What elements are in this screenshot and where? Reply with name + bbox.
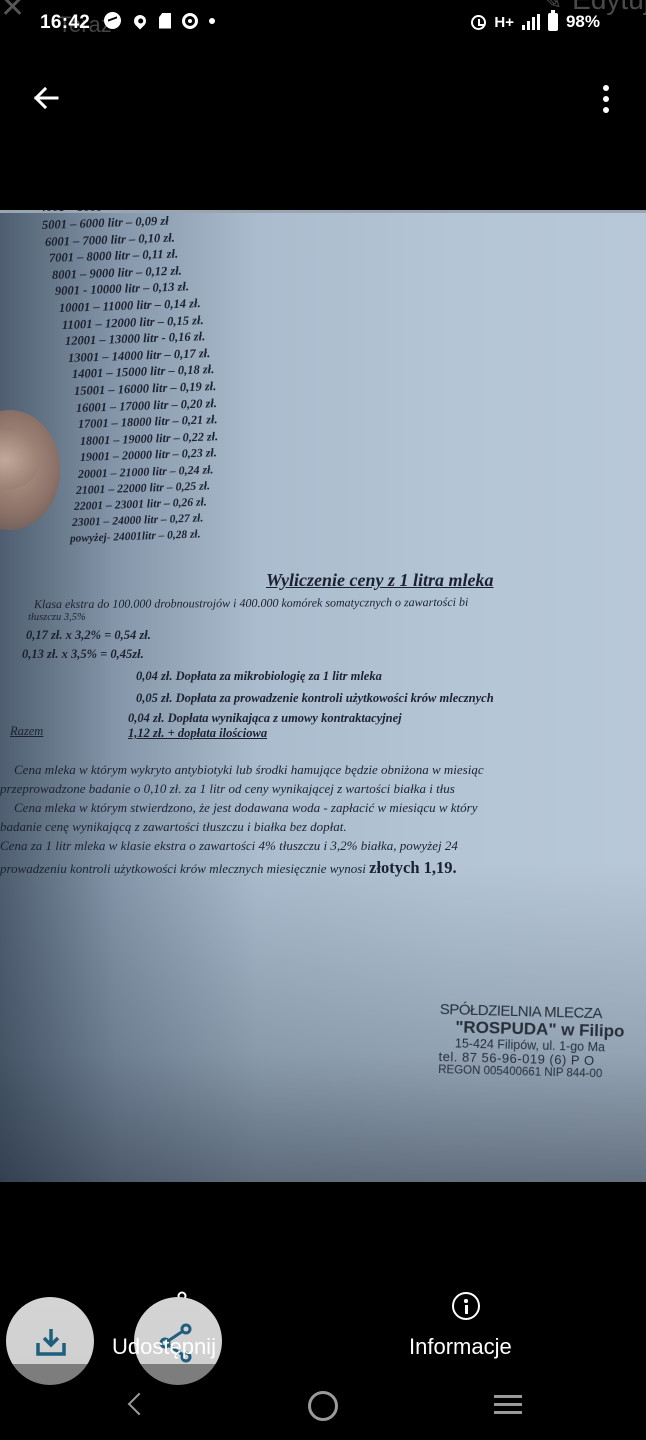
para-line-5: Cena za 1 litr mleka w klasie ekstra o z… [0, 838, 458, 854]
tier-row: 5001 – 6000 litr – 0,09 zł [42, 214, 169, 233]
battery-percent: 98% [566, 12, 600, 32]
share-label[interactable]: Udostępnij [112, 1334, 216, 1360]
calc-line-1: 0,17 zł. x 3,2% = 0,54 zł. [26, 628, 151, 643]
arrow-left-icon [30, 82, 62, 114]
para-line-4: badanie cenę wynikającą z zawartości tłu… [0, 819, 347, 835]
notification-icons [104, 12, 215, 29]
messenger-icon [104, 12, 121, 29]
alarm-icon [471, 15, 486, 30]
more-vertical-icon [603, 85, 609, 91]
status-right: H+ 98% [471, 12, 600, 32]
razem-label: Razem [10, 724, 43, 739]
location-icon [132, 12, 149, 29]
para-line-1: Cena mleka w którym wykryto antybiotyki … [14, 762, 484, 778]
status-bar: ✕ Teraz ✎Edytuj 16:42 H+ 98% [0, 0, 646, 46]
tier-row: 22001 – 23001 litr – 0,26 zł. [74, 496, 207, 514]
info-label: Informacje [409, 1334, 512, 1360]
signal-icon [522, 14, 540, 30]
final-price: złotych 1,19. [369, 858, 457, 877]
download-button[interactable] [6, 1297, 94, 1385]
tluszczu-line: tłuszczu 3,5% [28, 612, 86, 623]
back-button[interactable] [30, 82, 62, 114]
para-line-6: prowadzeniu kontroli użytkowości krów ml… [0, 858, 457, 878]
info-button[interactable]: Informacje [408, 1290, 528, 1364]
sd-card-icon [159, 13, 171, 29]
document-content: 4001 – 5000 5001 – 6000 litr – 0,09 zł60… [0, 210, 646, 1182]
more-options-button[interactable] [594, 82, 618, 116]
doplata-line-3: 0,04 zł. Dopłata wynikająca z umowy kont… [128, 711, 402, 726]
para-line-3: Cena mleka w którym stwierdzono, że jest… [14, 800, 478, 816]
document-heading: Wyliczenie ceny z 1 litra mleka [266, 570, 493, 591]
download-icon [34, 1325, 68, 1359]
tier-row: 23001 – 24000 litr – 0,27 zł. [72, 512, 204, 529]
tier-cut-line: 4001 – 5000 [40, 210, 103, 215]
chrome-icon [182, 13, 198, 29]
info-icon [452, 1292, 480, 1320]
photo-viewer-image[interactable]: 4001 – 5000 5001 – 6000 litr – 0,09 zł60… [0, 210, 646, 1182]
company-stamp: SPÓŁDZIELNIA MLECZA "ROSPUDA" w Filipo 1… [438, 1002, 625, 1081]
more-notifications-dot-icon [209, 18, 215, 24]
doplata-line-1: 0,04 zł. Dopłata za mikrobiologię za 1 l… [136, 669, 382, 684]
nav-back-button[interactable] [122, 1384, 152, 1428]
network-type: H+ [494, 14, 514, 31]
tier-row: powyżej- 24001litr – 0,28 zł. [70, 529, 201, 546]
klasa-line: Klasa ekstra do 100.000 drobnoustrojów i… [34, 595, 468, 612]
para-line-2: przeprowadzone badanie o 0,10 zł. za 1 l… [0, 781, 455, 797]
para-line-6-text: prowadzeniu kontroli użytkowości krów ml… [0, 861, 369, 876]
nav-home-button[interactable] [305, 1384, 341, 1428]
nav-recents-button[interactable] [492, 1384, 524, 1428]
ghost-close-icon: ✕ [0, 0, 25, 25]
doplata-line-2: 0,05 zł. Dopłata za prowadzenie kontroli… [136, 691, 494, 706]
razem-value: 1,12 zł. + dopłata ilościowa [128, 726, 267, 741]
tier-row: 21001 – 22000 litr – 0,25 zł. [76, 479, 210, 498]
status-time: 16:42 [40, 12, 90, 34]
calc-line-2: 0,13 zł. x 3,5% = 0,45zł. [22, 647, 144, 662]
battery-icon [548, 13, 558, 31]
